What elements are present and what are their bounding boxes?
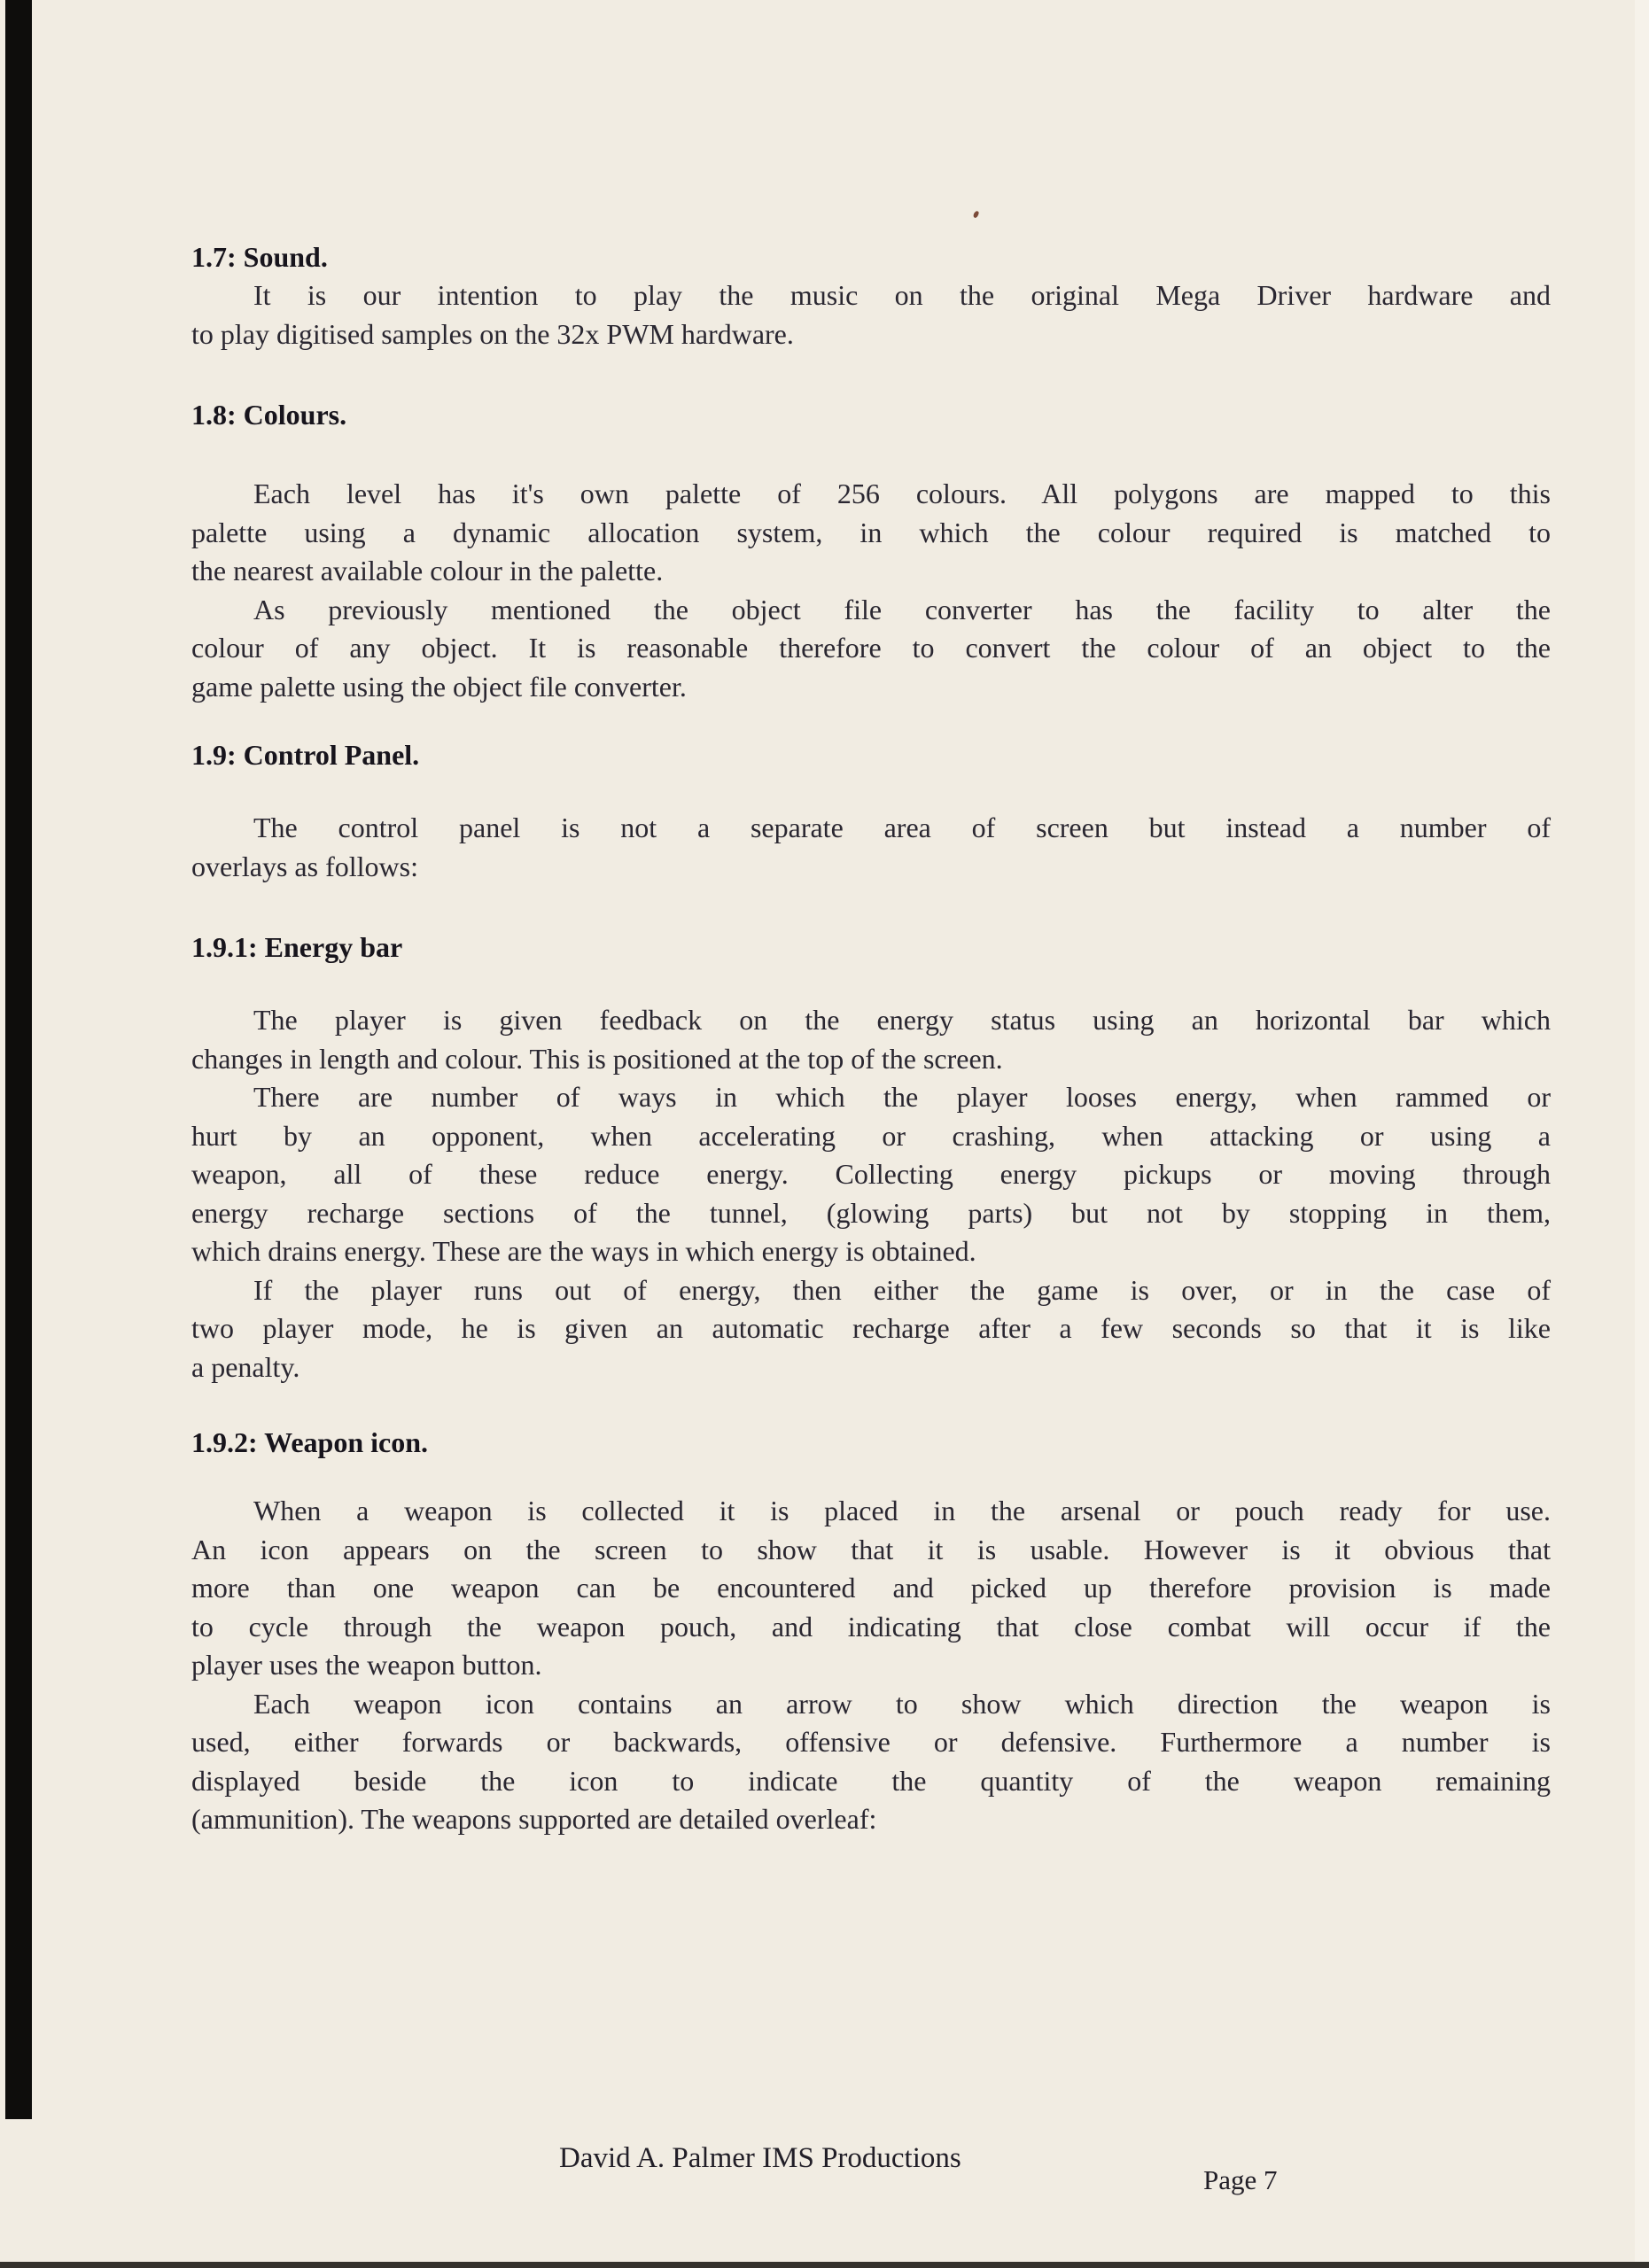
text-line: the nearest available colour in the pale…	[191, 552, 1551, 591]
text-line: Each weapon icon contains an arrow to sh…	[191, 1685, 1551, 1724]
paragraph: The player is given feedback on the ener…	[191, 1001, 1551, 1078]
scan-edge-right	[1635, 0, 1649, 2262]
section-colours: 1.8: Colours. Each level has it's own pa…	[191, 395, 1551, 706]
text-line: There are number of ways in which the pl…	[191, 1078, 1551, 1117]
text-line: The player is given feedback on the ener…	[191, 1001, 1551, 1040]
footer-page-number: Page 7	[1203, 2162, 1278, 2199]
text-line: more than one weapon can be encountered …	[191, 1569, 1551, 1608]
text-line: energy recharge sections of the tunnel, …	[191, 1194, 1551, 1233]
paragraph: When a weapon is collected it is placed …	[191, 1492, 1551, 1685]
text-line: weapon, all of these reduce energy. Coll…	[191, 1155, 1551, 1194]
paragraph: It is our intention to play the music on…	[191, 276, 1551, 353]
section-sound: 1.7: Sound. It is our intention to play …	[191, 237, 1551, 353]
section-heading: 1.7: Sound.	[191, 237, 1551, 276]
paragraph: Each weapon icon contains an arrow to sh…	[191, 1685, 1551, 1839]
section-heading: 1.9.2: Weapon icon.	[191, 1423, 1551, 1462]
paragraph: Each level has it's own palette of 256 c…	[191, 475, 1551, 591]
text-line: (ammunition). The weapons supported are …	[191, 1800, 1551, 1839]
section-control-panel: 1.9: Control Panel. The control panel is…	[191, 735, 1551, 886]
text-line: colour of any object. It is reasonable t…	[191, 629, 1551, 668]
footer-credit: David A. Palmer IMS Productions	[559, 2139, 961, 2178]
text-line: As previously mentioned the object file …	[191, 591, 1551, 630]
text-line: palette using a dynamic allocation syste…	[191, 514, 1551, 553]
text-line: to cycle through the weapon pouch, and i…	[191, 1608, 1551, 1647]
text-line: overlays as follows:	[191, 848, 1551, 887]
text-line: displayed beside the icon to indicate th…	[191, 1762, 1551, 1801]
section-heading: 1.8: Colours.	[191, 395, 1551, 434]
section-heading: 1.9.1: Energy bar	[191, 928, 1551, 967]
scan-edge-bottom	[0, 2262, 1649, 2268]
paragraph: If the player runs out of energy, then e…	[191, 1271, 1551, 1387]
text-line: changes in length and colour. This is po…	[191, 1040, 1551, 1079]
text-line: If the player runs out of energy, then e…	[191, 1271, 1551, 1310]
text-line: a penalty.	[191, 1348, 1551, 1387]
paragraph: There are number of ways in which the pl…	[191, 1078, 1551, 1271]
section-heading: 1.9: Control Panel.	[191, 735, 1551, 774]
text-line: Each level has it's own palette of 256 c…	[191, 475, 1551, 514]
text-line: When a weapon is collected it is placed …	[191, 1492, 1551, 1531]
text-line: which drains energy. These are the ways …	[191, 1232, 1551, 1271]
text-line: player uses the weapon button.	[191, 1646, 1551, 1685]
paragraph: The control panel is not a separate area…	[191, 809, 1551, 886]
text-line: game palette using the object file conve…	[191, 668, 1551, 707]
section-energy-bar: 1.9.1: Energy bar The player is given fe…	[191, 928, 1551, 1386]
section-weapon-icon: 1.9.2: Weapon icon. When a weapon is col…	[191, 1423, 1551, 1839]
text-line: It is our intention to play the music on…	[191, 276, 1551, 315]
scan-edge-left	[5, 0, 32, 2119]
paper-speck	[973, 210, 980, 218]
paragraph: As previously mentioned the object file …	[191, 591, 1551, 707]
text-line: two player mode, he is given an automati…	[191, 1309, 1551, 1348]
text-line: used, either forwards or backwards, offe…	[191, 1723, 1551, 1762]
page-content: 1.7: Sound. It is our intention to play …	[191, 237, 1551, 1839]
text-line: An icon appears on the screen to show th…	[191, 1531, 1551, 1570]
scanned-document-page: 1.7: Sound. It is our intention to play …	[0, 0, 1649, 2268]
text-line: hurt by an opponent, when accelerating o…	[191, 1117, 1551, 1156]
text-line: The control panel is not a separate area…	[191, 809, 1551, 848]
text-line: to play digitised samples on the 32x PWM…	[191, 315, 1551, 354]
